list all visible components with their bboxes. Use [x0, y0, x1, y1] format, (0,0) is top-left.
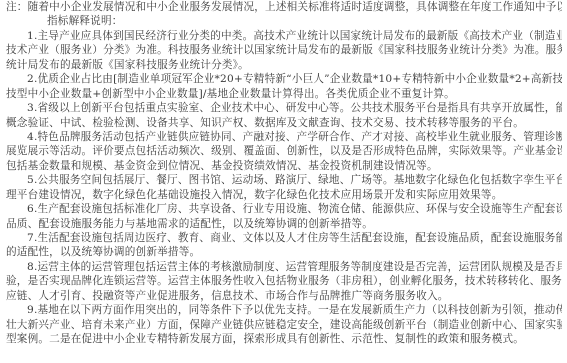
- item-5-line-1: 5.公共服务空间包括展厅、餐厅、图书馆、运动场、路演厅、绿地、广场等。基地数字化…: [6, 173, 562, 187]
- item-1-line-3: 统计局发布的最新版《国家科技服务业统计分类》。: [6, 58, 562, 72]
- item-2-line-1: 2.优质企业占比由[制造业单项冠军企业*20+专精特新“小巨人”企业数量*10+…: [6, 72, 562, 86]
- item-4-line-3: 包括基金数量和规模、基金资金到位情况、基金投资绩效情况、基金投资机制建设情况等。: [6, 159, 562, 173]
- item-3-line-1: 3.省级以上创新平台包括重点实验室、企业技术中心、研发中心等。公共技术服务平台是…: [6, 101, 562, 115]
- item-5-line-2: 理平台建设情况，数字化绿色化基础设施投入情况，数字化绿色化技术应用场景开发和实际…: [6, 188, 562, 202]
- note-line: 注：随着中小企业发展情况和中小企业服务发展情况，上述相关标准将适时适度调整，具体…: [6, 0, 562, 14]
- item-1-line-2: 技术产业（服务业）分类》为准。科技服务业统计以国家统计局发布的最新版《国家科技服…: [6, 43, 562, 57]
- item-3-line-2: 概念验证、中试、检验检测、设备共享、知识产权、数据库及文献查询、技术交易、技术转…: [6, 116, 562, 130]
- section-heading: 指标解释说明：: [6, 14, 562, 28]
- item-8-line-2: 验，是否实现品牌化连锁运营等。运营主体服务性收入包括物业服务（非房租），创业孵化…: [6, 274, 562, 288]
- item-7-line-2: 的适配性，以及统筹协调的创新举措等。: [6, 245, 562, 259]
- item-4-line-1: 4.特色品牌服务活动包括产业链供应链协同、产融对接、产学研合作、产才对接、高校毕…: [6, 130, 562, 144]
- item-8-line-1: 8.运营主体的运营管理包括运营主体的考核激励制度、运营管理服务等制度建设是否完善…: [6, 260, 562, 274]
- document-page: 注：随着中小企业发展情况和中小企业服务发展情况，上述相关标准将适时适度调整，具体…: [6, 0, 562, 347]
- item-9-line-2: 壮大新兴产业、培育未来产业）方面，保障产业链供应链稳定安全，建设高能级创新平台（…: [6, 318, 562, 332]
- item-1-line-1: 1.主导产业应具体到国民经济行业分类的中类。高技术产业统计以国家统计局发布的最新…: [6, 29, 562, 43]
- item-8-line-3: 应链、人才引育、投融资等产业促进服务，信息技术、市场合作与品牌推广等商务服务收入…: [6, 289, 562, 303]
- item-4-line-2: 展览展示等活动。评价要点包括活动频次、级别、覆盖面、创新性，以及是否形成特色品牌…: [6, 144, 562, 158]
- item-9-line-3: 型案例。二是在促进中小企业专精特新发展方面，探索形成具有创新性、示范性、复制性的…: [6, 332, 562, 346]
- item-7-line-1: 7.生活配套设施包括周边医疗、教育、商业、文体以及人才住房等生活配套设施，配套设…: [6, 231, 562, 245]
- item-9-line-1: 9.基地在以下两方面作用突出的，同等条件下予以优先支持。一是在发展新质生产力（以…: [6, 303, 562, 317]
- item-6-line-1: 6.生产配套设施包括标准化厂房、共享设备、行业专用设施、物流仓储、能源供应、环保…: [6, 202, 562, 216]
- item-2-line-2: 技型中小企业数量+创新型中小企业数量]/基地企业数量计算得出。各类优质企业不重复…: [6, 87, 562, 101]
- item-6-line-2: 品质、配套设施服务能力与基地需求的适配性，以及统筹协调的创新举措等。: [6, 217, 562, 231]
